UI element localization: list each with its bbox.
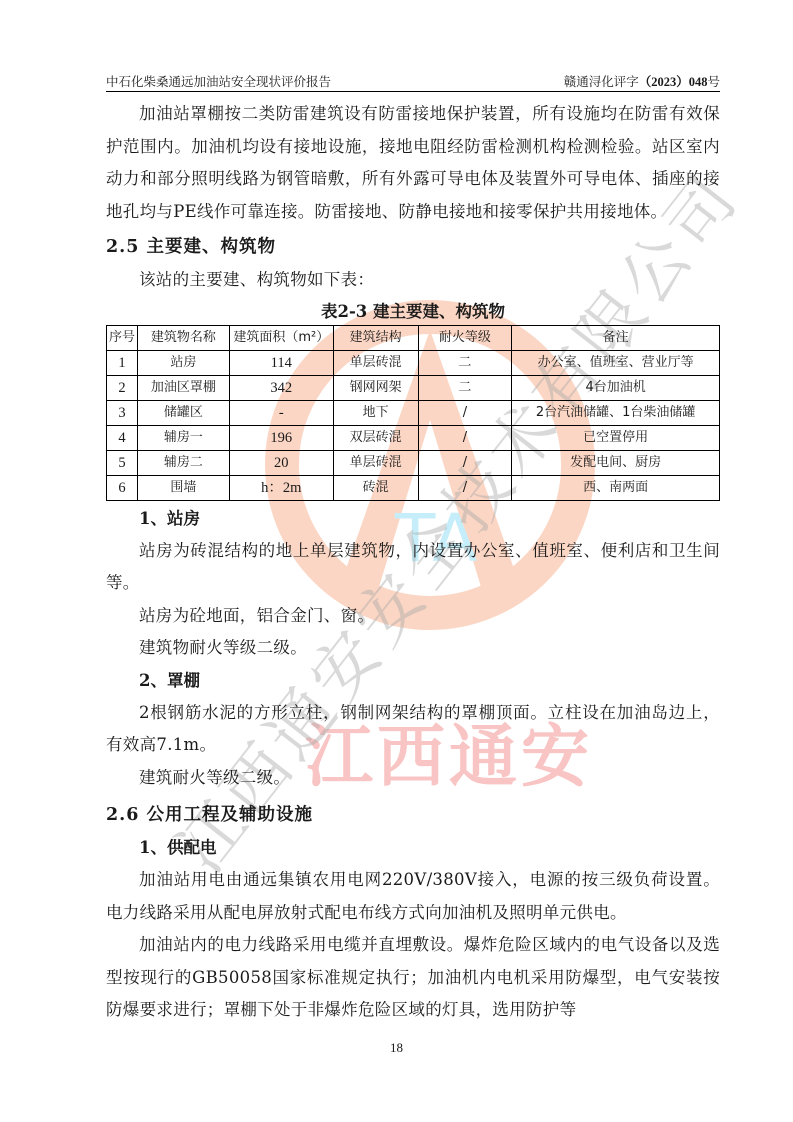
- paragraph-station-house-fire-rating: 建筑物耐火等级二级。: [106, 632, 720, 665]
- table-cell: /: [418, 475, 512, 500]
- table-cell: 6: [107, 475, 138, 500]
- paragraph-station-house-floor: 站房为砼地面，铝合金门、窗。: [106, 600, 720, 633]
- page-content: 加油站罩棚按二类防雷建筑设有防雷接地保护装置，所有设施均在防雷有效保护范围内。加…: [106, 98, 720, 1027]
- table-cell: /: [418, 450, 512, 475]
- table-cell: 20: [229, 450, 333, 475]
- table-cell: 1: [107, 350, 138, 375]
- table-header-row: 序号 建筑物名称 建筑面积（m²） 建筑结构 耐火等级 备注: [107, 325, 720, 350]
- table-cell: 加油区罩棚: [137, 375, 229, 400]
- section-heading-2-6: 2.6 公用工程及辅助设施: [106, 798, 720, 832]
- table-cell: 钢网网架: [333, 375, 418, 400]
- subsection-heading-power-supply: 1、供配电: [106, 832, 720, 864]
- table-cell: 3: [107, 400, 138, 425]
- table-cell: 地下: [333, 400, 418, 425]
- table-cell: 单层砖混: [333, 350, 418, 375]
- table-cell: 4台加油机: [512, 375, 720, 400]
- table-cell: 2台汽油储罐、1台柴油储罐: [512, 400, 720, 425]
- table-cell: 围墙: [137, 475, 229, 500]
- table-row: 3 储罐区 - 地下 / 2台汽油储罐、1台柴油储罐: [107, 400, 720, 425]
- subsection-heading-station-house: 1、站房: [106, 503, 720, 535]
- report-number: 赣通浔化评字（2023）048号: [564, 72, 720, 90]
- table-header-cell: 建筑面积（m²）: [229, 325, 333, 350]
- section-heading-2-5: 2.5 主要建、构筑物: [106, 230, 720, 264]
- report-title: 中石化柴桑通远加油站安全现状评价报告: [106, 72, 331, 90]
- table-cell: 办公室、值班室、营业厅等: [512, 350, 720, 375]
- table-header-cell: 序号: [107, 325, 138, 350]
- table-cell: 2: [107, 375, 138, 400]
- table-cell: 双层砖混: [333, 425, 418, 450]
- table-cell: 二: [418, 375, 512, 400]
- table-cell: 储罐区: [137, 400, 229, 425]
- table-header-cell: 备注: [512, 325, 720, 350]
- table-cell: 辅房一: [137, 425, 229, 450]
- table-cell: 5: [107, 450, 138, 475]
- table-header-cell: 耐火等级: [418, 325, 512, 350]
- table-cell: 站房: [137, 350, 229, 375]
- table-cell: 砖混: [333, 475, 418, 500]
- table-row: 1 站房 114 单层砖混 二 办公室、值班室、营业厅等: [107, 350, 720, 375]
- paragraph-canopy-structure: 2根钢筋水泥的方形立柱，钢制网架结构的罩棚顶面。立柱设在加油岛边上，有效高7.1…: [106, 697, 720, 762]
- table-cell: /: [418, 400, 512, 425]
- table-cell: -: [229, 400, 333, 425]
- table-header-cell: 建筑物名称: [137, 325, 229, 350]
- page-header: 中石化柴桑通远加油站安全现状评价报告 赣通浔化评字（2023）048号: [106, 67, 720, 92]
- table-cell: 4: [107, 425, 138, 450]
- paragraph-table-intro: 该站的主要建、构筑物如下表：: [106, 264, 720, 297]
- table-header-cell: 建筑结构: [333, 325, 418, 350]
- table-row: 6 围墙 h：2m 砖混 / 西、南两面: [107, 475, 720, 500]
- paragraph-station-house-structure: 站房为砖混结构的地上单层建筑物，内设置办公室、值班室、便利店和卫生间等。: [106, 535, 720, 600]
- table-cell: /: [418, 425, 512, 450]
- paragraph-canopy-fire-rating: 建筑耐火等级二级。: [106, 762, 720, 795]
- table-row: 4 辅房一 196 双层砖混 / 已空置停用: [107, 425, 720, 450]
- table-cell: 西、南两面: [512, 475, 720, 500]
- table-cell: 二: [418, 350, 512, 375]
- page-number: 18: [0, 1040, 793, 1056]
- paragraph-power-cabling: 加油站内的电力线路采用电缆并直埋敷设。爆炸危险区域内的电气设备以及选型按现行的G…: [106, 929, 720, 1027]
- paragraph-lightning-protection: 加油站罩棚按二类防雷建筑设有防雷接地保护装置，所有设施均在防雷有效保护范围内。加…: [106, 98, 720, 228]
- subsection-heading-canopy: 2、罩棚: [106, 665, 720, 697]
- paragraph-power-source: 加油站用电由通远集镇农用电网220V/380V接入，电源的按三级负荷设置。电力线…: [106, 864, 720, 929]
- table-cell: 发配电间、厨房: [512, 450, 720, 475]
- report-number-prefix: 赣通浔化评字: [564, 74, 639, 89]
- table-cell: 196: [229, 425, 333, 450]
- table-cell: h：2m: [229, 475, 333, 500]
- table-row: 5 辅房二 20 单层砖混 / 发配电间、厨房: [107, 450, 720, 475]
- table-cell: 已空置停用: [512, 425, 720, 450]
- document-page: TA 江西通安 江西通安安全技术有限公司 中石化柴桑通远加油站安全现状评价报告 …: [0, 0, 793, 1122]
- table-caption: 表2-3 建主要建、构筑物: [106, 299, 720, 325]
- report-number-suffix: 号: [707, 74, 720, 89]
- table-cell: 辅房二: [137, 450, 229, 475]
- table-cell: 114: [229, 350, 333, 375]
- table-cell: 342: [229, 375, 333, 400]
- buildings-table: 序号 建筑物名称 建筑面积（m²） 建筑结构 耐火等级 备注 1 站房 114 …: [106, 325, 720, 501]
- table-row: 2 加油区罩棚 342 钢网网架 二 4台加油机: [107, 375, 720, 400]
- table-cell: 单层砖混: [333, 450, 418, 475]
- report-number-year: （2023）048: [639, 75, 708, 89]
